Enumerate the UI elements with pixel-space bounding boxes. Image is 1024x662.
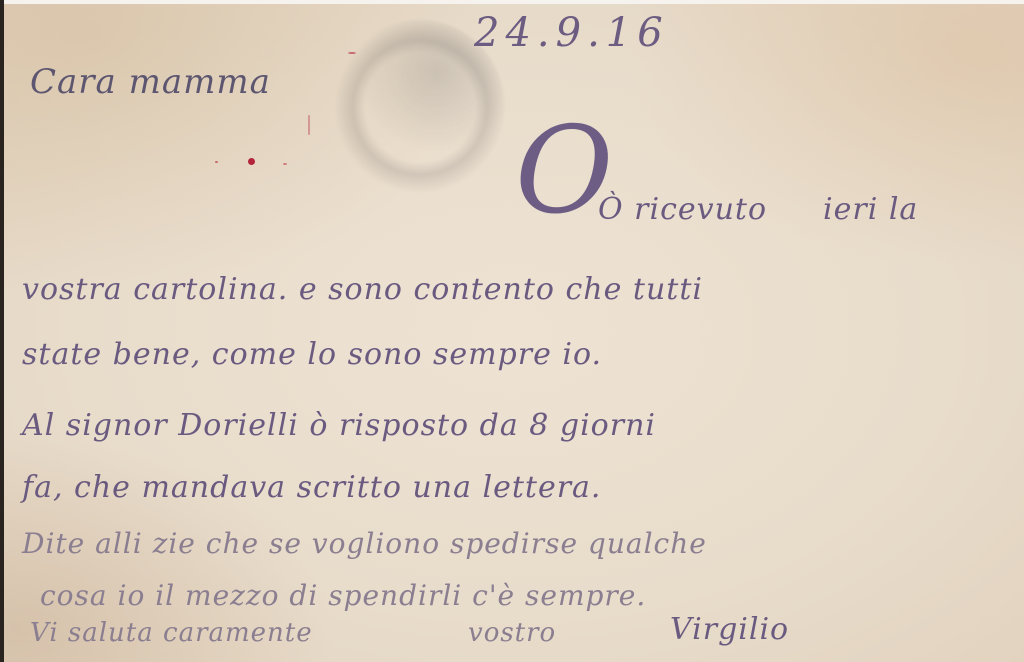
scan-left-edge: [0, 0, 4, 662]
postcard: 24.9.16 Cara mamma O Ò ricevuto ieri la …: [0, 0, 1024, 662]
letter-line-6: Dite alli zie che se vogliono spedirse q…: [22, 527, 707, 560]
letter-line-7: cosa io il mezzo di spendirli c'è sempre…: [40, 579, 646, 612]
letter-signature: Virgilio: [670, 612, 789, 647]
red-ink-speck: [308, 115, 310, 135]
red-ink-speck: [348, 52, 356, 54]
letter-date: 24.9.16: [474, 10, 669, 56]
red-ink-stain: [248, 158, 255, 165]
scan-top-edge: [0, 0, 1024, 4]
letter-greeting: Cara mamma: [30, 62, 271, 102]
letter-line-4: Al signor Dorielli ò risposto da 8 giorn…: [22, 408, 656, 443]
letter-line-5: fa, che mandava scritto una lettera.: [22, 470, 601, 505]
letter-closing: vostro: [468, 618, 556, 648]
letter-line-2: vostra cartolina. e sono contento che tu…: [22, 272, 703, 307]
letter-line-8: Vi saluta caramente: [30, 618, 313, 648]
red-ink-speck: [283, 163, 287, 165]
letter-line-1a: Ò ricevuto: [598, 192, 767, 227]
red-ink-speck: [215, 161, 218, 163]
letter-line-3: state bene, come lo sono sempre io.: [22, 337, 602, 372]
letter-line-1b: ieri la: [823, 192, 918, 227]
